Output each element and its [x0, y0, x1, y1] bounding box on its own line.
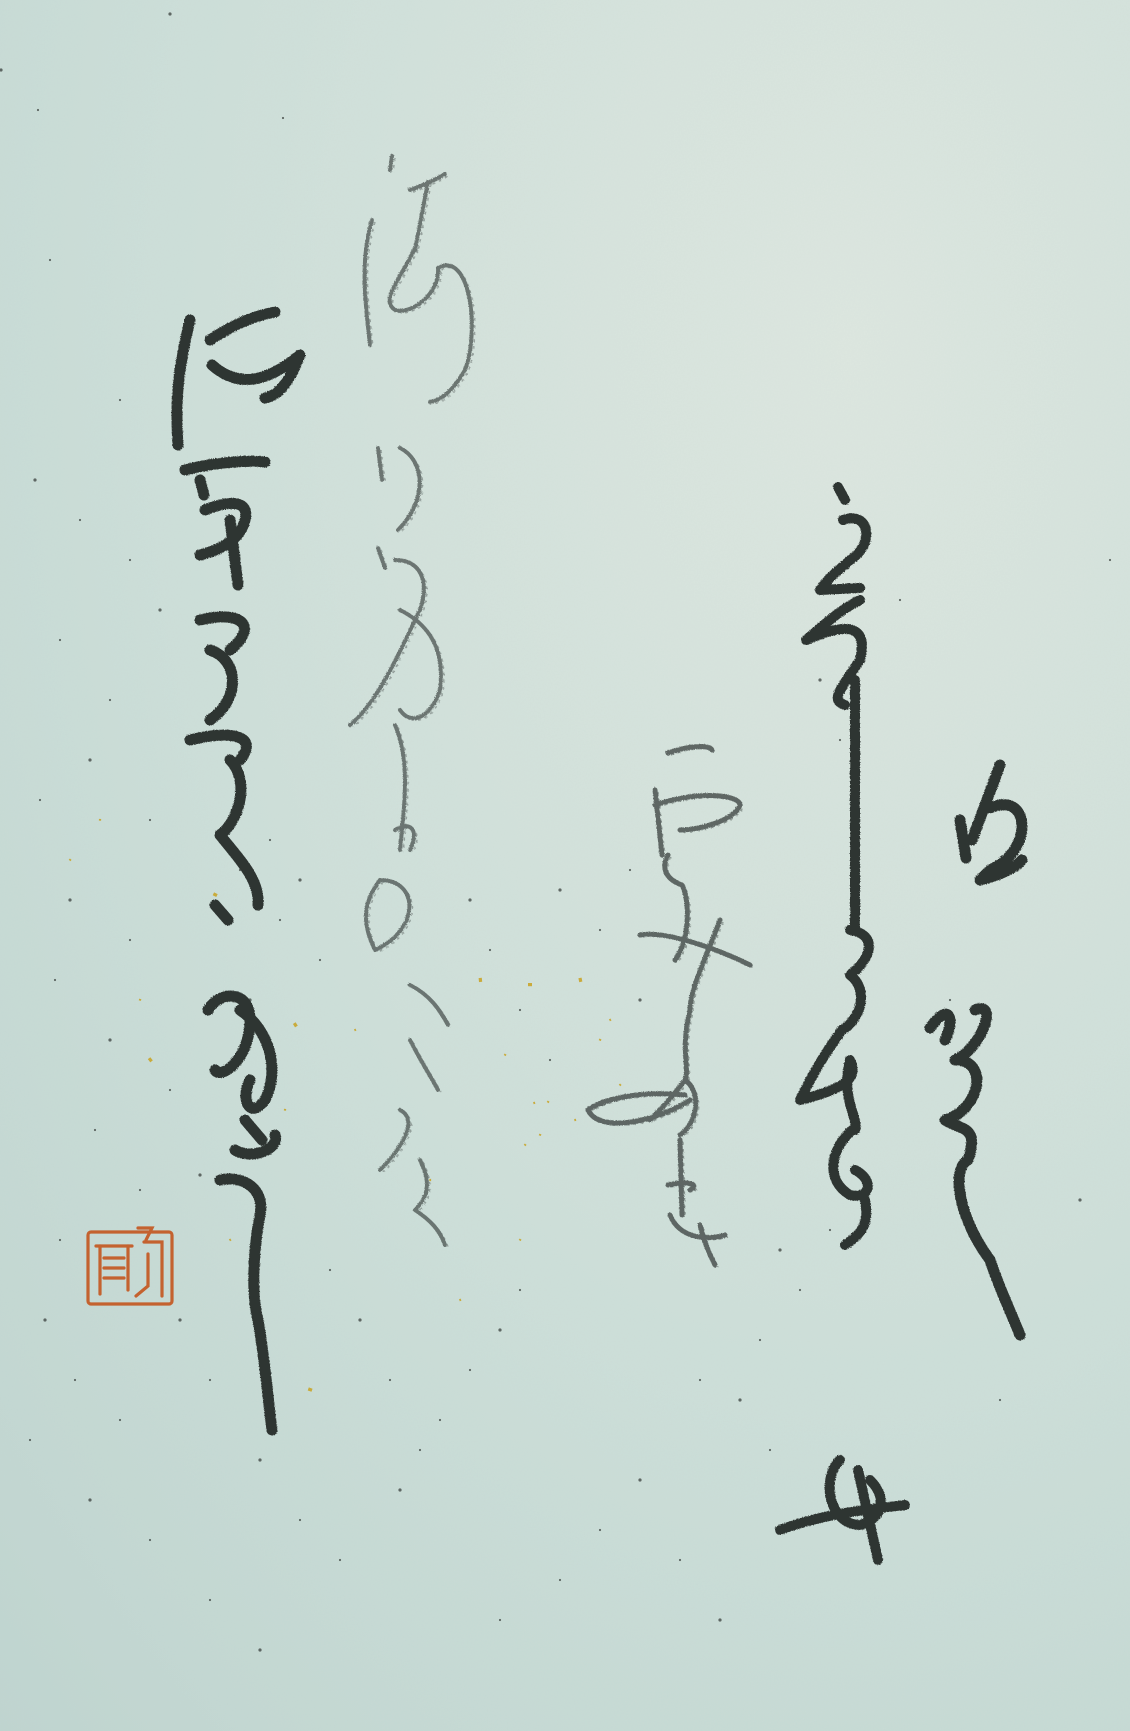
- brush-stroke: [200, 480, 204, 495]
- ink-speck: [298, 878, 301, 881]
- ink-speck: [818, 678, 821, 681]
- ink-speck: [158, 608, 161, 611]
- ink-speck: [299, 1519, 301, 1521]
- ink-speck: [178, 1318, 181, 1321]
- paper-grain: [0, 0, 1130, 1731]
- ink-speck: [439, 1419, 441, 1421]
- brush-stroke: [680, 1140, 682, 1215]
- ink-speck: [258, 1458, 261, 1461]
- ink-speck: [499, 1619, 501, 1621]
- ink-speck: [129, 559, 131, 561]
- ink-speck: [599, 929, 601, 931]
- ink-speck: [1109, 559, 1111, 561]
- ink-speck: [949, 999, 951, 1001]
- gold-fleck: [99, 819, 101, 821]
- ink-speck: [489, 949, 491, 951]
- ink-speck: [258, 1648, 261, 1651]
- ink-speck: [519, 1009, 521, 1011]
- ink-speck: [319, 959, 321, 961]
- ink-speck: [769, 1449, 771, 1451]
- ink-speck: [149, 1539, 151, 1541]
- ink-speck: [198, 1173, 201, 1176]
- ink-speck: [29, 1439, 31, 1441]
- ink-speck: [778, 1248, 781, 1251]
- gold-fleck: [479, 978, 483, 982]
- ink-speck: [468, 898, 471, 901]
- ink-speck: [339, 1559, 341, 1561]
- brush-stroke: [390, 156, 392, 170]
- ink-speck: [469, 1369, 471, 1371]
- ink-speck: [37, 109, 39, 111]
- ink-speck: [558, 888, 561, 891]
- ink-speck: [549, 1059, 551, 1061]
- ink-speck: [59, 639, 61, 641]
- ink-speck: [519, 1289, 521, 1291]
- ink-speck: [329, 1269, 331, 1271]
- ink-speck: [129, 939, 131, 941]
- ink-speck: [999, 1399, 1001, 1401]
- ink-speck: [829, 1229, 831, 1231]
- ink-speck: [94, 1129, 96, 1131]
- paper-canvas: column 1 (rightmost)column 2column 3colu…: [0, 0, 1130, 1731]
- ink-speck: [39, 799, 41, 801]
- ink-speck: [699, 1379, 701, 1381]
- ink-speck: [209, 1599, 211, 1601]
- ink-speck: [799, 1289, 801, 1291]
- ink-speck: [108, 1038, 111, 1041]
- gold-fleck: [429, 1179, 431, 1181]
- ink-speck: [629, 869, 631, 871]
- ink-speck: [279, 919, 281, 921]
- ink-speck: [109, 699, 111, 701]
- ink-speck: [74, 1379, 76, 1381]
- gold-fleck: [528, 983, 532, 986]
- ink-speck: [679, 1559, 681, 1561]
- ink-speck: [54, 979, 56, 981]
- ink-speck: [149, 819, 151, 821]
- ink-speck: [169, 1089, 171, 1091]
- ink-speck: [59, 1239, 61, 1241]
- ink-speck: [899, 599, 901, 601]
- brush-stroke: [960, 820, 966, 858]
- ink-speck: [269, 839, 271, 841]
- ink-speck: [498, 1328, 501, 1331]
- brush-stroke: [838, 487, 845, 500]
- ink-speck: [209, 1379, 211, 1381]
- ink-speck: [389, 1379, 391, 1381]
- ink-speck: [49, 259, 51, 261]
- ink-speck: [43, 1318, 46, 1321]
- ink-speck: [119, 399, 121, 401]
- ink-speck: [79, 519, 81, 521]
- ink-speck: [599, 1529, 601, 1531]
- ink-speck: [1078, 1198, 1081, 1201]
- ink-speck: [638, 998, 641, 1001]
- ink-speck: [398, 1488, 401, 1491]
- ink-speck: [88, 1498, 91, 1501]
- ink-speck: [33, 478, 36, 481]
- ink-speck: [559, 1579, 561, 1581]
- ink-speck: [718, 1618, 721, 1621]
- ink-speck: [282, 117, 284, 119]
- calligraphy-artwork: column 1 (rightmost)column 2column 3colu…: [0, 0, 1130, 1731]
- ink-speck: [139, 1189, 141, 1191]
- ink-speck: [358, 1318, 361, 1321]
- ink-speck: [168, 12, 171, 15]
- ink-speck: [759, 1339, 761, 1341]
- gold-fleck: [284, 1109, 286, 1111]
- ink-speck: [638, 1478, 641, 1481]
- ink-speck: [88, 758, 91, 761]
- ink-speck: [119, 1419, 121, 1421]
- ink-speck: [738, 1398, 741, 1401]
- ink-speck: [68, 898, 71, 901]
- ink-speck: [839, 739, 841, 741]
- ink-speck: [419, 1449, 421, 1451]
